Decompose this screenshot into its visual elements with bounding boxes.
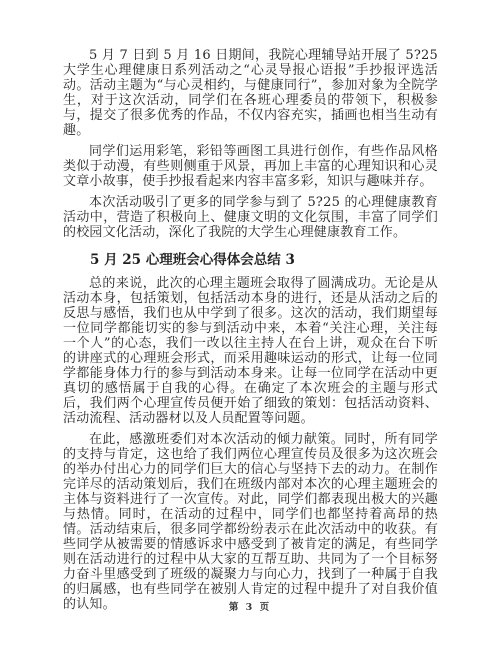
page-number: 第 3 页 xyxy=(0,599,500,613)
document-body: 5 月 7 日到 5 月 16 日期间，我院心理辅导站开展了 5?25 大学生心… xyxy=(63,48,438,618)
document-page: 5 月 7 日到 5 月 16 日期间，我院心理辅导站开展了 5?25 大学生心… xyxy=(0,0,500,647)
body-paragraph-4: 总的来说，此次的心理主题班会取得了圆满成功。无论是从活动本身，包括策划，包括活动… xyxy=(63,276,438,426)
body-paragraph-5: 在此，感激班委们对本次活动的倾力献策。同时，所有同学的支持与肯定，这也给了我们两… xyxy=(63,432,438,612)
section-heading: 5 月 25 心理班会心得体会总结 3 xyxy=(63,252,438,268)
body-paragraph-2: 同学们运用彩笔，彩铅等画图工具进行创作，有些作品风格类似于动漫，有些则侧重于风景… xyxy=(63,144,438,189)
body-paragraph-1: 5 月 7 日到 5 月 16 日期间，我院心理辅导站开展了 5?25 大学生心… xyxy=(63,48,438,138)
body-paragraph-3: 本次活动吸引了更多的同学参与到了 5?25 的心理健康教育活动中，营造了积极向上… xyxy=(63,195,438,240)
